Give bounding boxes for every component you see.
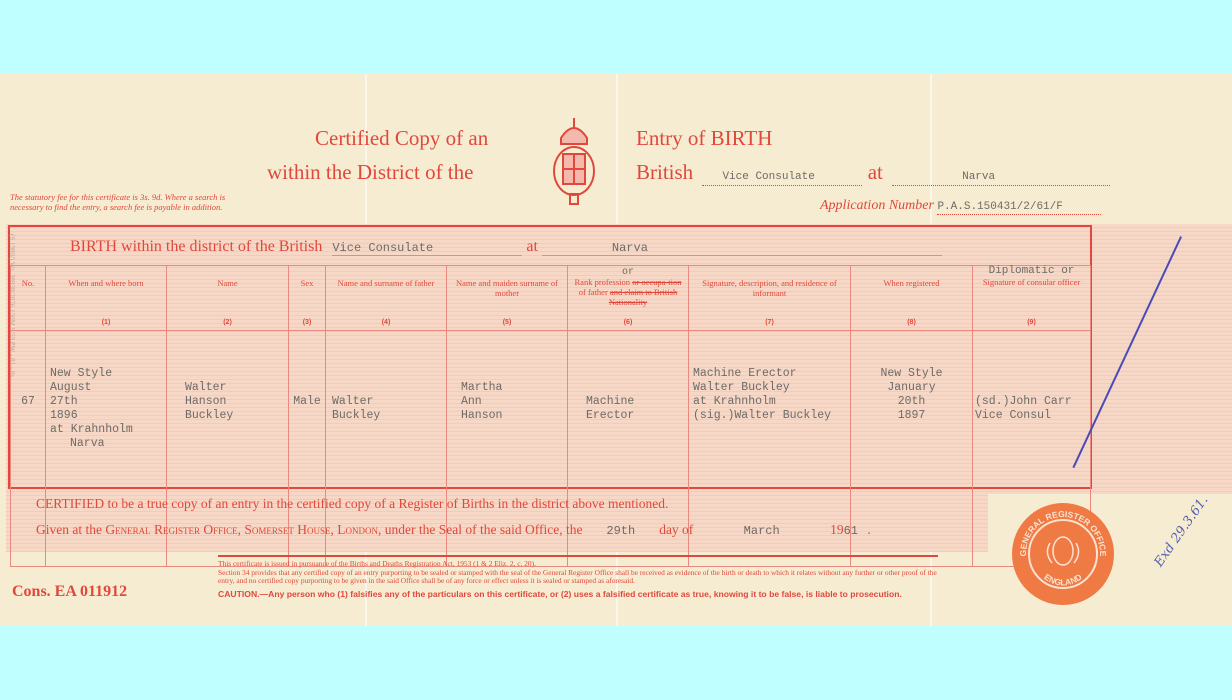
caution-notice: CAUTION.—Any person who (1) falsifies an… xyxy=(218,589,902,599)
application-number: Application Number P.A.S.150431/2/61/F xyxy=(820,198,1101,215)
register-heading: BIRTH within the district of the British… xyxy=(70,238,942,256)
register-heading-text: BIRTH within the district of the British xyxy=(70,238,322,255)
col-header-occupation: or Rank profession or occupa-tion of fat… xyxy=(568,266,689,331)
svg-text:GENERAL REGISTER OFFICE: GENERAL REGISTER OFFICE xyxy=(1018,509,1108,557)
col-header-mother: Name and maiden surname of mother(5) xyxy=(447,266,568,331)
cert-day: 29th xyxy=(586,524,656,538)
place-field: Narva xyxy=(962,171,995,183)
register-post-type: Vice Consulate xyxy=(332,241,522,256)
col-header-sex: Sex(3) xyxy=(289,266,326,331)
col-header-no: No. xyxy=(11,266,46,331)
certification-line2: Given at the General Register Office, So… xyxy=(36,522,871,538)
col-header-informant: Signature, description, and residence of… xyxy=(689,266,851,331)
general-register-office-seal-icon: GENERAL REGISTER OFFICE ENGLAND xyxy=(1012,503,1114,605)
birth-certificate: Certified Copy of an within the District… xyxy=(0,74,1232,626)
col-header-name: Name(2) xyxy=(167,266,289,331)
register-at-label: at xyxy=(526,238,538,255)
title-left-line1: Certified Copy of an xyxy=(315,126,488,151)
col-header-born: When and where born(1) xyxy=(46,266,167,331)
certification-line1: CERTIFIED to be a true copy of an entry … xyxy=(36,496,668,512)
title-left-line2: within the District of the xyxy=(267,160,473,185)
post-type-field: Vice Consulate xyxy=(722,171,814,183)
table-header-row: No. When and where born(1) Name(2) Sex(3… xyxy=(11,266,1091,331)
fee-notice: The statutory fee for this certificate i… xyxy=(10,192,230,212)
col-header-registered: When registered(8) xyxy=(851,266,973,331)
register-place: Narva xyxy=(542,241,942,256)
cert-year: 61 xyxy=(844,524,858,538)
application-number-value: P.A.S.150431/2/61/F xyxy=(937,201,1062,213)
col-header-father: Name and surname of father(4) xyxy=(326,266,447,331)
serial-number: Cons. EA 011912 xyxy=(12,583,127,601)
svg-text:ENGLAND: ENGLAND xyxy=(1042,572,1083,588)
pencil-annotation: Exd 29.3.61. xyxy=(1152,493,1212,570)
application-label: Application Number xyxy=(820,198,934,213)
royal-crest-icon xyxy=(547,116,601,206)
british-label: British xyxy=(636,160,693,184)
col-header-officer: Diplomatic or Signature of consular offi… xyxy=(973,266,1091,331)
cert-month: March xyxy=(697,524,827,538)
title-right-line2: British Vice Consulate at Narva xyxy=(636,160,1110,186)
legal-notice: This certificate is issued in pursuance … xyxy=(218,555,938,586)
title-right-line1: Entry of BIRTH xyxy=(636,126,772,151)
at-label: at xyxy=(868,160,883,184)
